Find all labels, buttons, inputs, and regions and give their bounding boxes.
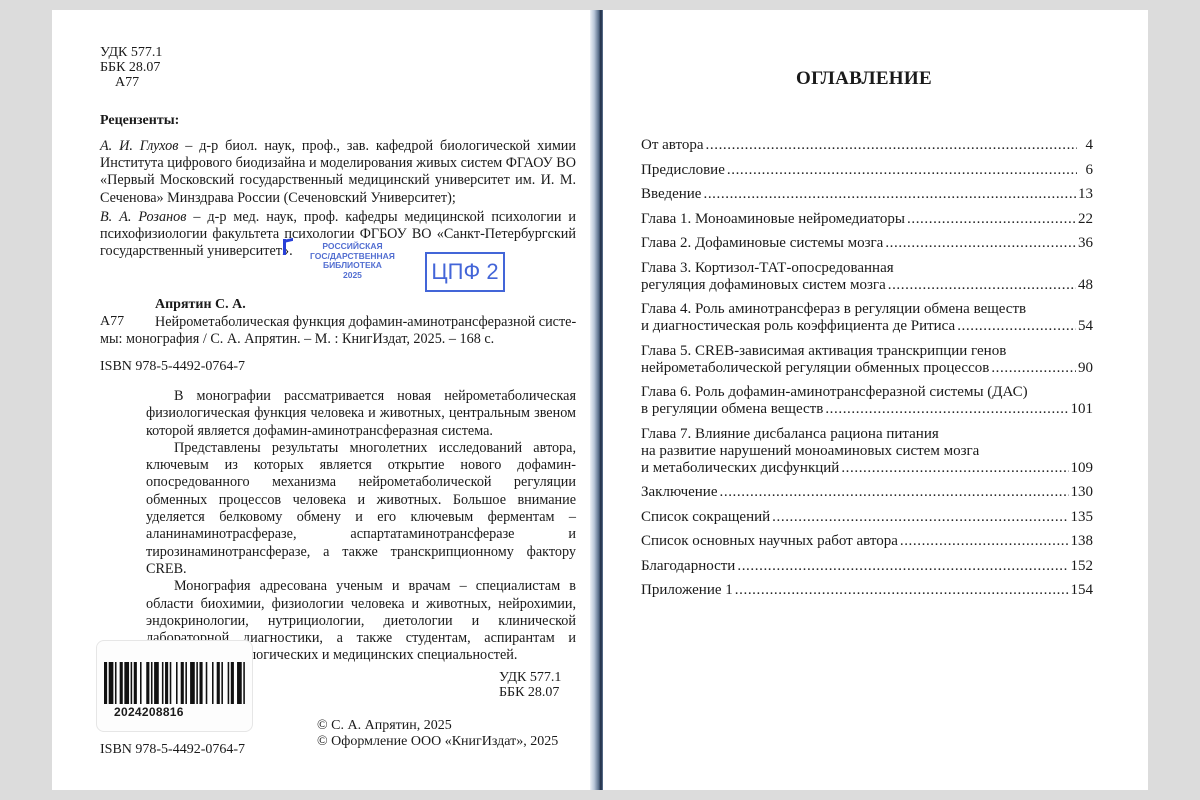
reviewer-name: А. И. Глухов — [100, 138, 178, 154]
dot-leader — [907, 211, 1076, 228]
catalog-description-line2: мы: монография / С. А. Апрятин. – М. : К… — [100, 331, 494, 348]
toc-entry[interactable]: Глава 4. Роль аминотрансфераз в регуляци… — [641, 301, 1093, 335]
toc-entry-title: регуляция дофаминовых систем мозга — [641, 277, 886, 294]
toc-entry-title: Список сокращений — [641, 509, 770, 526]
toc-page-number: 48 — [1078, 277, 1093, 294]
toc-entry-title: и метаболических дисфункций — [641, 460, 839, 477]
reviewers-heading: Рецензенты: — [100, 113, 179, 129]
catalog-code: А77 — [100, 314, 124, 330]
toc-entry-title: нейрометаболической регуляции обменных п… — [641, 360, 989, 377]
toc-page-number: 135 — [1071, 509, 1094, 526]
toc-entry-title-line: Глава 4. Роль аминотрансфераз в регуляци… — [641, 301, 1093, 318]
stamp-line: 2025 — [310, 271, 395, 281]
cpf-stamp: ЦПФ 2 — [425, 252, 505, 292]
annotation-paragraph: В монографии рассматривается новая нейро… — [146, 388, 576, 440]
dot-leader — [772, 509, 1068, 526]
reviewer-name: В. А. Розанов — [100, 209, 186, 225]
toc-entry-title: Приложение 1 — [641, 582, 733, 599]
dot-leader — [888, 277, 1076, 294]
toc-entry[interactable]: Глава 5. CREB-зависимая активация транск… — [641, 343, 1093, 377]
toc-entry[interactable]: Список основных научных работ автора138 — [641, 533, 1093, 550]
toc-entry-title: Предисловие — [641, 162, 725, 179]
toc-page-number: 109 — [1071, 460, 1094, 477]
toc-page-number: 4 — [1079, 137, 1093, 154]
isbn-top: ISBN 978-5-4492-0764-7 — [100, 359, 245, 375]
copyright-design: © Оформление ООО «КнигИздат», 2025 — [317, 734, 558, 750]
dot-leader — [720, 484, 1069, 501]
dot-leader — [703, 186, 1076, 203]
isbn-bottom: ISBN 978-5-4492-0764-7 — [100, 742, 245, 758]
book-spine — [590, 10, 604, 790]
left-page: УДК 577.1 ББК 28.07 А77 Рецензенты: А. И… — [52, 10, 592, 790]
toc-page-number: 54 — [1078, 318, 1093, 335]
toc-page-number: 13 — [1078, 186, 1093, 203]
dot-leader — [825, 401, 1068, 418]
reviewer-entry: А. И. Глухов – д-р биол. наук, проф., за… — [100, 138, 576, 207]
dot-leader — [957, 318, 1076, 335]
dot-leader — [991, 360, 1076, 377]
toc-entry[interactable]: От автора4 — [641, 137, 1093, 154]
toc-page-number: 130 — [1071, 484, 1094, 501]
dot-leader — [727, 162, 1077, 179]
dot-leader — [900, 533, 1069, 550]
udk-code-bottom: УДК 577.1 — [499, 670, 561, 685]
classification-codes-bottom: УДК 577.1 ББК 28.07 — [499, 670, 561, 700]
annotation: В монографии рассматривается новая нейро… — [146, 388, 576, 665]
toc-entry[interactable]: Предисловие6 — [641, 162, 1093, 179]
toc-entry-title-line: Глава 3. Кортизол-ТАТ-опосредованная — [641, 260, 1093, 277]
toc-entry-title-line: Глава 5. CREB-зависимая активация транск… — [641, 343, 1093, 360]
dot-leader — [735, 582, 1069, 599]
toc-entry[interactable]: Глава 1. Моноаминовые нейромедиаторы22 — [641, 211, 1093, 228]
copyright-block: © С. А. Апрятин, 2025 © Оформление ООО «… — [317, 718, 558, 750]
annotation-paragraph: Представлены результаты многолетних иссл… — [146, 440, 576, 578]
toc-entry-title-line: Глава 6. Роль дофамин-аминотрансферазной… — [641, 384, 1093, 401]
udk-code: УДК 577.1 — [100, 45, 162, 60]
toc-entry-title: Глава 2. Дофаминовые системы мозга — [641, 235, 883, 252]
toc-page-number: 101 — [1071, 401, 1094, 418]
toc-page-number: 22 — [1078, 211, 1093, 228]
dot-leader — [885, 235, 1076, 252]
toc-title: ОГЛАВЛЕНИЕ — [638, 68, 1090, 90]
toc-entry-title: Введение — [641, 186, 701, 203]
toc-entry-title: Список основных научных работ автора — [641, 533, 898, 550]
toc-entry[interactable]: Глава 3. Кортизол-ТАТ-опосредованнаярегу… — [641, 260, 1093, 294]
classification-codes: УДК 577.1 ББК 28.07 А77 — [100, 45, 162, 90]
toc-entry-title-line: на развитие нарушений моноаминовых систе… — [641, 443, 1093, 460]
toc-page-number: 36 — [1078, 235, 1093, 252]
toc-page-number: 152 — [1071, 558, 1094, 575]
toc-entry-title: Глава 1. Моноаминовые нейромедиаторы — [641, 211, 905, 228]
barcode-icon — [104, 662, 248, 704]
toc-entry[interactable]: Глава 7. Влияние дисбаланса рациона пита… — [641, 426, 1093, 477]
copyright-author: © С. А. Апрятин, 2025 — [317, 718, 558, 734]
toc-entry-title-line: Глава 7. Влияние дисбаланса рациона пита… — [641, 426, 1093, 443]
dot-leader — [706, 137, 1077, 154]
toc-entry[interactable]: Заключение130 — [641, 484, 1093, 501]
toc-entry[interactable]: Благодарности152 — [641, 558, 1093, 575]
toc-entry-title: в регуляции обмена веществ — [641, 401, 823, 418]
library-stamp: РОССИЙСКАЯ ГОС/ДАРСТВЕННАЯ БИБЛИОТЕКА 20… — [310, 242, 395, 280]
right-page: ОГЛАВЛЕНИЕ От автора4Предисловие6Введени… — [603, 10, 1148, 790]
toc-entry-title: Благодарности — [641, 558, 735, 575]
catalog-description-line1: Нейрометаболическая функция дофамин-амин… — [155, 314, 576, 331]
toc-entry-title: От автора — [641, 137, 704, 154]
dot-leader — [737, 558, 1068, 575]
toc-entry-title: и диагностическая роль коэффициента де Р… — [641, 318, 955, 335]
toc-page-number: 154 — [1071, 582, 1094, 599]
barcode-number: 2024208816 — [114, 705, 184, 719]
catalog-author: Апрятин С. А. — [155, 297, 246, 313]
toc-page-number: 90 — [1078, 360, 1093, 377]
bbk-code-bottom: ББК 28.07 — [499, 685, 561, 700]
toc-entry[interactable]: Глава 2. Дофаминовые системы мозга36 — [641, 235, 1093, 252]
author-sign: А77 — [100, 75, 162, 90]
toc-entry[interactable]: Введение13 — [641, 186, 1093, 203]
bbk-code: ББК 28.07 — [100, 60, 162, 75]
toc-page-number: 138 — [1071, 533, 1094, 550]
table-of-contents: От автора4Предисловие6Введение13Глава 1.… — [641, 137, 1093, 607]
toc-entry[interactable]: Приложение 1154 — [641, 582, 1093, 599]
toc-entry[interactable]: Глава 6. Роль дофамин-аминотрансферазной… — [641, 384, 1093, 418]
dot-leader — [841, 460, 1068, 477]
toc-entry-title: Заключение — [641, 484, 718, 501]
toc-page-number: 6 — [1079, 162, 1093, 179]
toc-entry[interactable]: Список сокращений135 — [641, 509, 1093, 526]
